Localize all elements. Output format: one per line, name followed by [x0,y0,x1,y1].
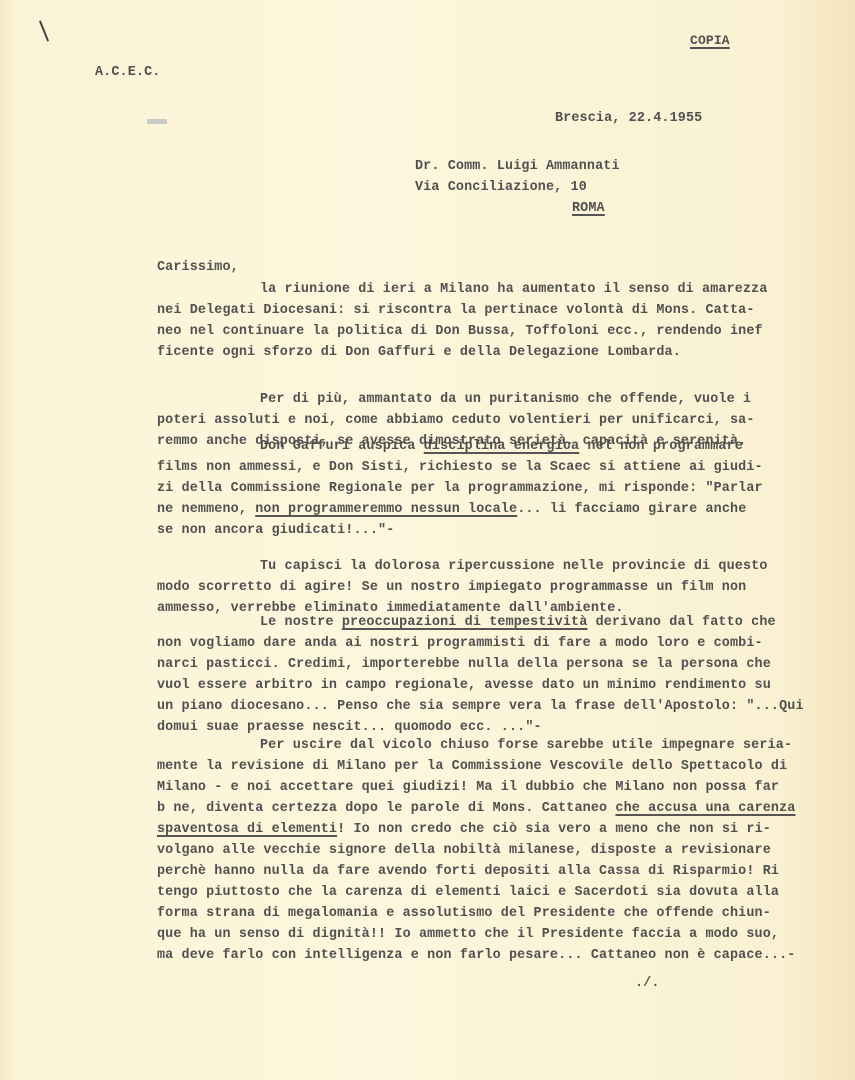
body-line: ne nemmeno, non programmeremmo nessun lo… [157,502,746,518]
body-line: modo scorretto di agire! Se un nostro im… [157,580,746,596]
body-line: nei Delegati Diocesani: si riscontra la … [157,303,755,319]
underlined-phrase: disciplina energica [424,439,580,454]
body-line: Per uscire dal vicolo chiuso forse sareb… [260,738,792,754]
body-line: perchè hanno nulla da fare avendo forti … [157,864,779,880]
body-line: films non ammessi, e Don Sisti, richiest… [157,460,763,476]
body-line: mente la revisione di Milano per la Comm… [157,759,787,775]
sender-header: A.C.E.C. [95,65,161,81]
underlined-phrase: spaventosa di elementi [157,822,337,837]
body-line: Tu capisci la dolorosa ripercussione nel… [260,559,768,575]
place-date: Brescia, 22.4.1955 [555,111,702,127]
recipient-city: ROMA [572,201,605,217]
pen-mark [39,20,49,41]
body-line: volgano alle vecchie signore della nobil… [157,843,771,859]
body-line: un piano diocesano... Penso che sia semp… [157,699,804,715]
salutation: Carissimo, [157,260,239,276]
body-line: se non ancora giudicati!..."- [157,523,394,539]
ink-smudge [147,119,167,124]
body-line: Le nostre preoccupazioni di tempestività… [260,615,776,631]
underlined-phrase: non programmeremmo nessun locale [255,502,517,517]
body-line: zi della Commissione Regionale per la pr… [157,481,763,497]
copy-stamp: COPIA [690,33,730,49]
underlined-phrase: preoccupazioni di tempestività [342,615,588,630]
body-line: la riunione di ieri a Milano ha aumentat… [260,282,768,298]
body-line: neo nel continuare la politica di Don Bu… [157,324,763,340]
body-line: que ha un senso di dignità!! Io ammetto … [157,927,779,943]
body-line: tengo piuttosto che la carenza di elemen… [157,885,779,901]
body-line: poteri assoluti e noi, come abbiamo cedu… [157,413,755,429]
body-line: b ne, diventa certezza dopo le parole di… [157,801,796,817]
underlined-phrase: che accusa una carenza [615,801,795,816]
body-line: narci pasticci. Credimi, importerebbe nu… [157,657,771,673]
recipient-name: Dr. Comm. Luigi Ammannati [415,159,620,175]
body-line: non vogliamo dare anda ai nostri program… [157,636,763,652]
body-line: ficente ogni sforzo di Don Gaffuri e del… [157,345,681,361]
body-line: Milano - e noi accettare quei giudizi! M… [157,780,779,796]
letter-page: COPIA A.C.E.C. Brescia, 22.4.1955 Dr. Co… [0,0,855,1080]
body-line: domui suae praesse nescit... quomodo ecc… [157,720,542,736]
body-line: spaventosa di elementi! Io non credo che… [157,822,771,838]
body-line: forma strana di megalomania e assolutism… [157,906,771,922]
body-line: ma deve farlo con intelligenza e non far… [157,948,795,964]
body-line: vuol essere arbitro in campo regionale, … [157,678,771,694]
body-line: Per di più, ammantato da un puritanismo … [260,392,751,408]
recipient-street: Via Conciliazione, 10 [415,180,587,196]
body-line: Don Gaffuri auspica disciplina energica … [260,439,743,455]
continuation-mark: ./. [635,976,660,992]
